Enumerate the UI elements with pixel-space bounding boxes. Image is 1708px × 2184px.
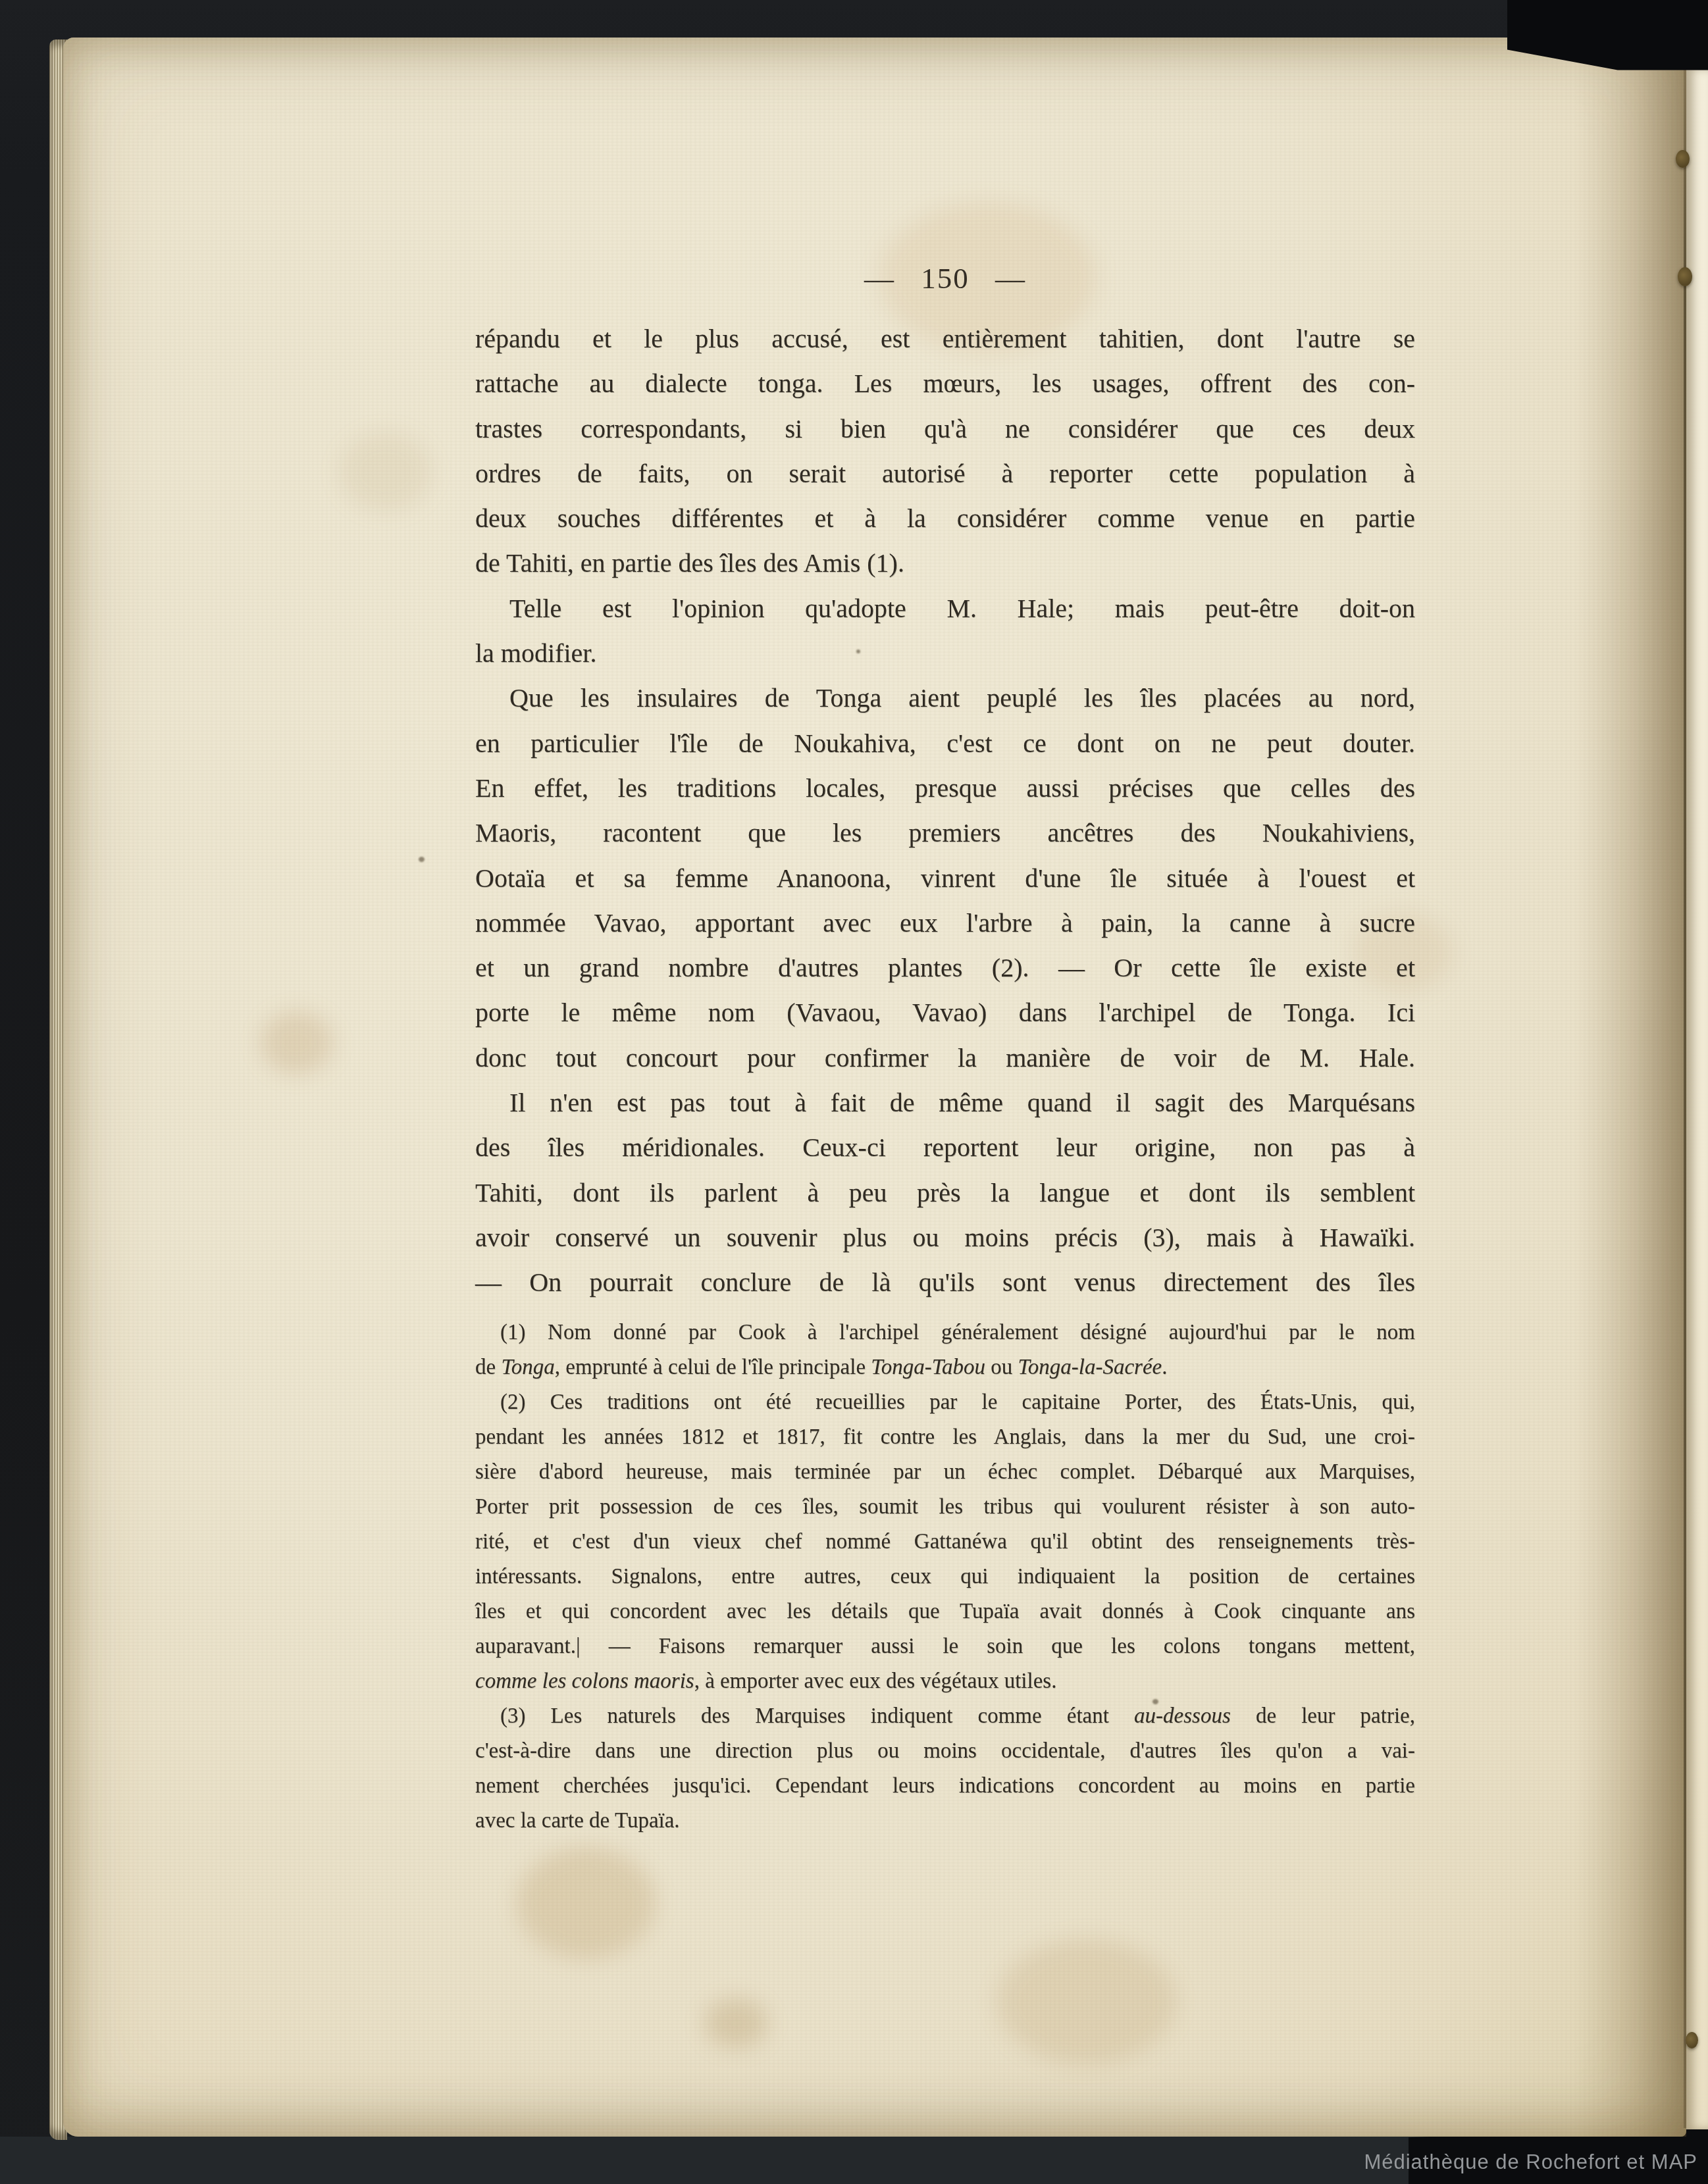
text-line: c'est-à-dire dans une direction plus ou … (475, 1734, 1415, 1769)
regular-text: c'est-à-dire dans une direction plus ou … (475, 1739, 1415, 1763)
regular-text: Maoris, racontent que les premiers ancêt… (475, 818, 1415, 848)
text-line: donc tout concourt pour confirmer la man… (475, 1036, 1415, 1080)
text-line: En effet, les traditions locales, presqu… (475, 766, 1415, 811)
text-line: intéressants. Signalons, entre autres, c… (475, 1560, 1415, 1594)
regular-text: nommée Vavao, apportant avec eux l'arbre… (475, 908, 1415, 938)
body-text: répandu et le plus accusé, est entièreme… (475, 317, 1415, 1306)
text-line: comme les colons maoris, à emporter avec… (475, 1664, 1415, 1699)
italic-text: au-dessous (1134, 1704, 1231, 1728)
regular-text: pendant les années 1812 et 1817, fit con… (475, 1425, 1415, 1449)
regular-text: en particulier l'île de Noukahiva, c'est… (475, 728, 1415, 758)
text-line: Il n'en est pas tout à fait de même quan… (475, 1080, 1415, 1125)
text-line: Porter prit possession de ces îles, soum… (475, 1490, 1415, 1525)
regular-text: sière d'abord heureuse, mais terminée pa… (475, 1460, 1415, 1484)
regular-text: avoir conservé un souvenir plus ou moins… (475, 1223, 1415, 1252)
regular-text: (3) Les naturels des Marquises indiquent… (500, 1704, 1134, 1728)
adjacent-page-strip (1686, 68, 1708, 2129)
italic-text: Tonga-Tabou (871, 1356, 985, 1379)
regular-text: de leur patrie, (1231, 1704, 1415, 1728)
footnotes: (1) Nom donné par Cook à l'archipel géné… (475, 1315, 1415, 1839)
regular-text: , à emporter avec eux des végétaux utile… (694, 1669, 1057, 1693)
regular-text: Que les insulaires de Tonga aient peuplé… (509, 683, 1415, 713)
text-line: (1) Nom donné par Cook à l'archipel géné… (475, 1315, 1415, 1350)
regular-text: et un grand nombre d'autres plantes (2).… (475, 953, 1415, 982)
regular-text: , emprunté à celui de l'île principale (555, 1356, 871, 1379)
regular-text: donc tout concourt pour confirmer la man… (475, 1043, 1415, 1073)
text-line: rattache au dialecte tonga. Les mœurs, l… (475, 361, 1415, 406)
regular-text: rattache au dialecte tonga. Les mœurs, l… (475, 368, 1415, 398)
regular-text: nement cherchées jusqu'ici. Cependant le… (475, 1774, 1415, 1798)
text-line: et un grand nombre d'autres plantes (2).… (475, 946, 1415, 990)
page-number-header: — 150 — (475, 261, 1415, 295)
regular-text: trastes correspondants, si bien qu'à ne … (475, 414, 1415, 444)
text-line: Que les insulaires de Tonga aient peuplé… (475, 676, 1415, 721)
text-line: Maoris, racontent que les premiers ancêt… (475, 811, 1415, 855)
regular-text: . (1162, 1356, 1167, 1379)
regular-text: — On pourrait conclure de là qu'ils sont… (475, 1267, 1415, 1297)
text-line: trastes correspondants, si bien qu'à ne … (475, 407, 1415, 451)
text-line: de Tonga, emprunté à celui de l'île prin… (475, 1350, 1415, 1385)
text-line: Tahiti, dont ils parlent à peu près la l… (475, 1171, 1415, 1215)
regular-text: des îles méridionales. Ceux-ci reportent… (475, 1132, 1415, 1162)
regular-text: Telle est l'opinion qu'adopte M. Hale; m… (509, 594, 1415, 623)
text-line: nement cherchées jusqu'ici. Cependant le… (475, 1769, 1415, 1804)
regular-text: En effet, les traditions locales, presqu… (475, 773, 1415, 803)
regular-text: de Tahiti, en partie des îles des Amis (… (475, 548, 904, 578)
text-line: avec la carte de Tupaïa. (475, 1804, 1415, 1839)
text-line: (3) Les naturels des Marquises indiquent… (475, 1699, 1415, 1734)
regular-text: de (475, 1356, 501, 1379)
regular-text: (2) Ces traditions ont été recueillies p… (500, 1390, 1415, 1414)
regular-text: intéressants. Signalons, entre autres, c… (475, 1565, 1415, 1588)
text-line: sière d'abord heureuse, mais terminée pa… (475, 1455, 1415, 1490)
text-line: — On pourrait conclure de là qu'ils sont… (475, 1260, 1415, 1305)
book-page: — 150 — répandu et le plus accusé, est e… (63, 38, 1686, 2137)
text-line: îles et qui concordent avec les détails … (475, 1594, 1415, 1629)
italic-text: Tonga (501, 1356, 554, 1379)
text-line: Ootaïa et sa femme Ananoona, vinrent d'u… (475, 856, 1415, 901)
regular-text: Il n'en est pas tout à fait de même quan… (509, 1088, 1415, 1117)
scan-canvas: — 150 — répandu et le plus accusé, est e… (0, 0, 1708, 2184)
text-line: deux souches différentes et à la considé… (475, 496, 1415, 541)
regular-text: répandu et le plus accusé, est entièreme… (475, 324, 1415, 353)
text-line: la modifier. (475, 631, 1415, 676)
regular-text: Ootaïa et sa femme Ananoona, vinrent d'u… (475, 863, 1415, 893)
regular-text: la modifier. (475, 638, 596, 668)
regular-text: ou (985, 1356, 1018, 1379)
printed-content: — 150 — répandu et le plus accusé, est e… (63, 38, 1686, 2137)
regular-text: Porter prit possession de ces îles, soum… (475, 1495, 1415, 1519)
scanner-bed-shadow-band (0, 2137, 1461, 2184)
watermark: Médiathèque de Rochefort et MAP (1364, 2150, 1697, 2174)
binding-thread-knot (1676, 150, 1690, 168)
text-line: pendant les années 1812 et 1817, fit con… (475, 1420, 1415, 1455)
italic-text: Tonga-la-Sacrée (1018, 1356, 1162, 1379)
regular-text: auparavant.| — Faisons remarquer aussi l… (475, 1635, 1415, 1658)
text-line: (2) Ces traditions ont été recueillies p… (475, 1385, 1415, 1420)
text-line: des îles méridionales. Ceux-ci reportent… (475, 1125, 1415, 1170)
text-line: de Tahiti, en partie des îles des Amis (… (475, 541, 1415, 586)
text-line: auparavant.| — Faisons remarquer aussi l… (475, 1629, 1415, 1664)
text-line: Telle est l'opinion qu'adopte M. Hale; m… (475, 586, 1415, 631)
text-line: ordres de faits, on serait autorisé à re… (475, 451, 1415, 496)
italic-text: comme les colons maoris (475, 1669, 694, 1693)
regular-text: deux souches différentes et à la considé… (475, 503, 1415, 533)
text-line: rité, et c'est d'un vieux chef nommé Gat… (475, 1525, 1415, 1560)
text-line: porte le même nom (Vavaou, Vavao) dans l… (475, 990, 1415, 1035)
binding-thread-knot (1686, 2032, 1698, 2048)
regular-text: ordres de faits, on serait autorisé à re… (475, 459, 1415, 488)
text-line: en particulier l'île de Noukahiva, c'est… (475, 721, 1415, 766)
regular-text: avec la carte de Tupaïa. (475, 1809, 680, 1833)
regular-text: porte le même nom (Vavaou, Vavao) dans l… (475, 998, 1415, 1027)
regular-text: (1) Nom donné par Cook à l'archipel géné… (500, 1321, 1415, 1344)
binding-thread-knot (1678, 267, 1692, 286)
text-line: répandu et le plus accusé, est entièreme… (475, 317, 1415, 361)
regular-text: Tahiti, dont ils parlent à peu près la l… (475, 1178, 1415, 1207)
text-line: avoir conservé un souvenir plus ou moins… (475, 1215, 1415, 1260)
regular-text: rité, et c'est d'un vieux chef nommé Gat… (475, 1530, 1415, 1554)
regular-text: îles et qui concordent avec les détails … (475, 1600, 1415, 1623)
text-line: nommée Vavao, apportant avec eux l'arbre… (475, 901, 1415, 946)
